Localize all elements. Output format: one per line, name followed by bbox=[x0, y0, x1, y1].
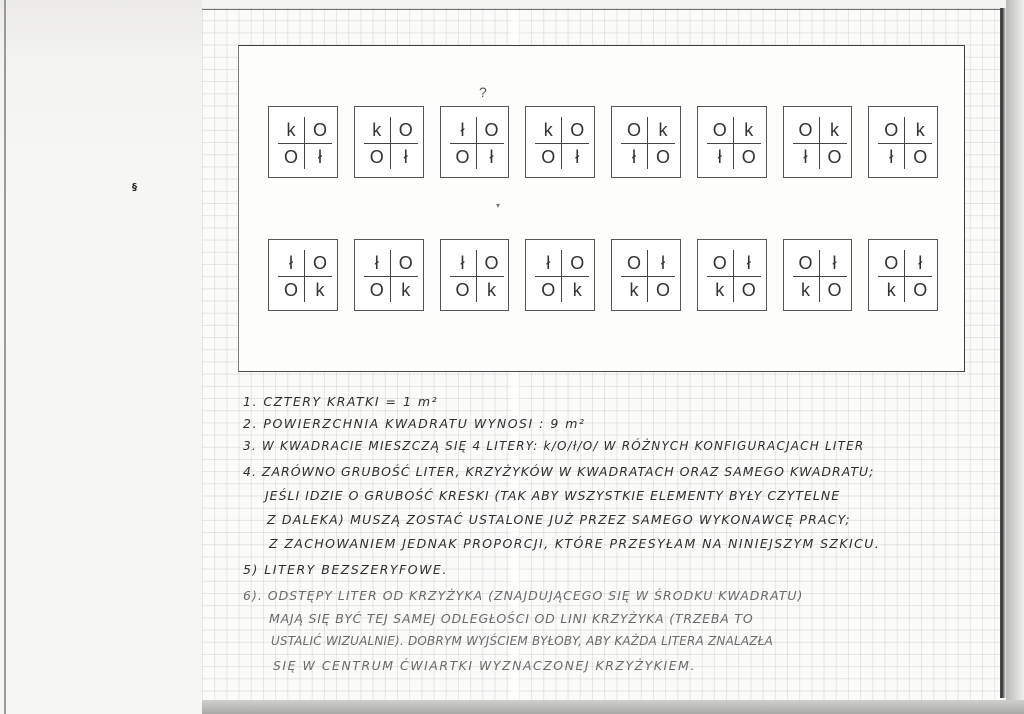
tile-letter-tr: k bbox=[907, 118, 933, 142]
tile-letter-tr: k bbox=[822, 118, 848, 142]
tile-letter-tl: O bbox=[707, 118, 733, 142]
note-6-cont-3: SIĘ W CENTRUM ĆWIARTKI WYZNACZONEJ KRZYŻ… bbox=[273, 658, 696, 673]
tile-letter-bl: k bbox=[707, 278, 733, 302]
tile-letter-br: O bbox=[822, 278, 848, 302]
letter-tile: OłkO bbox=[783, 239, 853, 311]
tile-letter-tl: k bbox=[535, 118, 561, 142]
paper-top-edge bbox=[202, 9, 1002, 10]
cross-horizontal-line bbox=[450, 143, 504, 144]
tile-letter-br: O bbox=[650, 278, 676, 302]
tile-letter-bl: k bbox=[878, 278, 904, 302]
tile-letter-br: O bbox=[822, 145, 848, 169]
note-2: 2. POWIERZCHNIA KWADRATU WYNOSI : 9 m² bbox=[243, 416, 585, 431]
cross-horizontal-line bbox=[707, 276, 761, 277]
cross-horizontal-line bbox=[364, 143, 418, 144]
cross-horizontal-line bbox=[878, 143, 932, 144]
cross-horizontal-line bbox=[535, 276, 589, 277]
letter-tile: OkłO bbox=[697, 106, 767, 178]
letter-tile: łOOk bbox=[440, 239, 510, 311]
small-tick-mark: ▾ bbox=[496, 201, 500, 210]
tile-letter-br: O bbox=[736, 278, 762, 302]
tile-row-1: kOOłkOOłłOOłkOOłOkłOOkłOOkłOOkłO bbox=[268, 106, 938, 178]
cross-horizontal-line bbox=[450, 276, 504, 277]
letter-tile: kOOł bbox=[525, 106, 595, 178]
drawing-frame bbox=[238, 45, 965, 372]
cross-horizontal-line bbox=[535, 143, 589, 144]
cross-horizontal-line bbox=[878, 276, 932, 277]
tile-letter-tl: k bbox=[278, 118, 304, 142]
tile-letter-bl: O bbox=[278, 278, 304, 302]
tile-letter-tl: O bbox=[878, 251, 904, 275]
letter-tile: łOOł bbox=[440, 106, 510, 178]
cross-horizontal-line bbox=[793, 276, 847, 277]
tile-letter-bl: ł bbox=[793, 145, 819, 169]
note-6: 6). ODSTĘPY LITER OD KRZYŻYKA (ZNAJDUJĄC… bbox=[243, 588, 803, 603]
tile-letter-bl: O bbox=[364, 145, 390, 169]
letter-tile: OkłO bbox=[868, 106, 938, 178]
tile-letter-br: O bbox=[650, 145, 676, 169]
letter-tile: kOOł bbox=[354, 106, 424, 178]
tile-letter-tr: O bbox=[393, 118, 419, 142]
tile-letter-br: k bbox=[393, 278, 419, 302]
tile-letter-tr: O bbox=[479, 251, 505, 275]
tile-letter-br: O bbox=[736, 145, 762, 169]
tile-letter-bl: O bbox=[450, 278, 476, 302]
tile-letter-bl: O bbox=[450, 145, 476, 169]
note-4-cont-3: Z ZACHOWANIEM JEDNAK PROPORCJI, KTÓRE PR… bbox=[269, 536, 880, 551]
scan-shadow-right bbox=[1006, 0, 1024, 714]
tile-letter-tl: O bbox=[878, 118, 904, 142]
question-annotation: ? bbox=[479, 84, 487, 100]
letter-tile: OłkO bbox=[611, 239, 681, 311]
tile-letter-tl: ł bbox=[364, 251, 390, 275]
tile-letter-tr: k bbox=[736, 118, 762, 142]
tile-letter-br: k bbox=[564, 278, 590, 302]
scan-shadow-bottom bbox=[202, 700, 1024, 714]
tile-letter-br: O bbox=[907, 145, 933, 169]
cross-horizontal-line bbox=[621, 143, 675, 144]
letter-tile: kOOł bbox=[268, 106, 338, 178]
letter-tile: OkłO bbox=[783, 106, 853, 178]
tile-letter-bl: k bbox=[793, 278, 819, 302]
cross-horizontal-line bbox=[707, 143, 761, 144]
tile-letter-bl: O bbox=[364, 278, 390, 302]
margin-mark: § bbox=[132, 182, 137, 193]
tile-letter-tr: O bbox=[564, 118, 590, 142]
tile-letter-tr: k bbox=[650, 118, 676, 142]
note-4-cont-1: JEŚLI IDZIE O GRUBOŚĆ KRESKI (TAK ABY WS… bbox=[265, 488, 840, 503]
tile-letter-tl: ł bbox=[450, 118, 476, 142]
tile-letter-tr: ł bbox=[822, 251, 848, 275]
note-3: 3. W KWADRACIE MIESZCZĄ SIĘ 4 LITERY: k/… bbox=[243, 439, 864, 453]
letter-tile: łOOk bbox=[268, 239, 338, 311]
note-4-cont-2: Z DALEKA) MUSZĄ ZOSTAĆ USTALONE JUŻ PRZE… bbox=[267, 512, 851, 527]
tile-letter-bl: k bbox=[621, 278, 647, 302]
tile-letter-bl: O bbox=[278, 145, 304, 169]
tile-letter-tr: O bbox=[393, 251, 419, 275]
tile-letter-tr: O bbox=[564, 251, 590, 275]
scanner-edge bbox=[4, 0, 6, 714]
tile-letter-tl: O bbox=[621, 118, 647, 142]
letter-tile: łOOk bbox=[525, 239, 595, 311]
note-4: 4. ZARÓWNO GRUBOŚĆ LITER, KRZYŻYKÓW W KW… bbox=[243, 464, 874, 479]
tile-letter-tl: O bbox=[793, 251, 819, 275]
tile-letter-br: ł bbox=[564, 145, 590, 169]
tile-letter-tr: ł bbox=[907, 251, 933, 275]
cross-horizontal-line bbox=[621, 276, 675, 277]
scanner-background bbox=[0, 0, 202, 714]
tile-letter-tr: O bbox=[307, 118, 333, 142]
tile-letter-br: ł bbox=[479, 145, 505, 169]
tile-letter-tr: O bbox=[479, 118, 505, 142]
tile-letter-br: k bbox=[479, 278, 505, 302]
tile-letter-tl: k bbox=[364, 118, 390, 142]
tile-letter-bl: O bbox=[535, 278, 561, 302]
note-6-cont-2: USTALIĆ WIZUALNIE). DOBRYM WYJŚCIEM BYŁO… bbox=[271, 634, 773, 648]
cross-horizontal-line bbox=[364, 276, 418, 277]
tile-letter-bl: ł bbox=[707, 145, 733, 169]
cross-horizontal-line bbox=[793, 143, 847, 144]
tile-letter-br: k bbox=[307, 278, 333, 302]
tile-letter-tl: O bbox=[707, 251, 733, 275]
tile-letter-tl: ł bbox=[450, 251, 476, 275]
letter-tile: OkłO bbox=[611, 106, 681, 178]
cross-horizontal-line bbox=[278, 276, 332, 277]
letter-tile: OłkO bbox=[697, 239, 767, 311]
tile-letter-br: ł bbox=[393, 145, 419, 169]
tile-letter-tl: ł bbox=[278, 251, 304, 275]
tile-letter-br: ł bbox=[307, 145, 333, 169]
note-5: 5) LITERY BEZSZERYFOWE. bbox=[243, 562, 448, 577]
note-6-cont-1: MAJĄ SIĘ BYĆ TEJ SAMEJ ODLEGŁOŚCI OD LIN… bbox=[269, 611, 753, 626]
tile-letter-br: O bbox=[907, 278, 933, 302]
letter-tile: OłkO bbox=[868, 239, 938, 311]
note-1: 1. CZTERY KRATKI = 1 m² bbox=[243, 394, 438, 409]
tile-letter-bl: ł bbox=[878, 145, 904, 169]
tile-letter-tl: O bbox=[621, 251, 647, 275]
tile-letter-tr: ł bbox=[736, 251, 762, 275]
tile-letter-tl: O bbox=[793, 118, 819, 142]
tile-letter-tr: ł bbox=[650, 251, 676, 275]
tile-letter-tl: ł bbox=[535, 251, 561, 275]
tile-letter-bl: ł bbox=[621, 145, 647, 169]
tile-letter-bl: O bbox=[535, 145, 561, 169]
cross-horizontal-line bbox=[278, 143, 332, 144]
letter-tile: łOOk bbox=[354, 239, 424, 311]
tile-row-2: łOOkłOOkłOOkłOOkOłkOOłkOOłkOOłkO bbox=[268, 239, 938, 311]
tile-letter-tr: O bbox=[307, 251, 333, 275]
